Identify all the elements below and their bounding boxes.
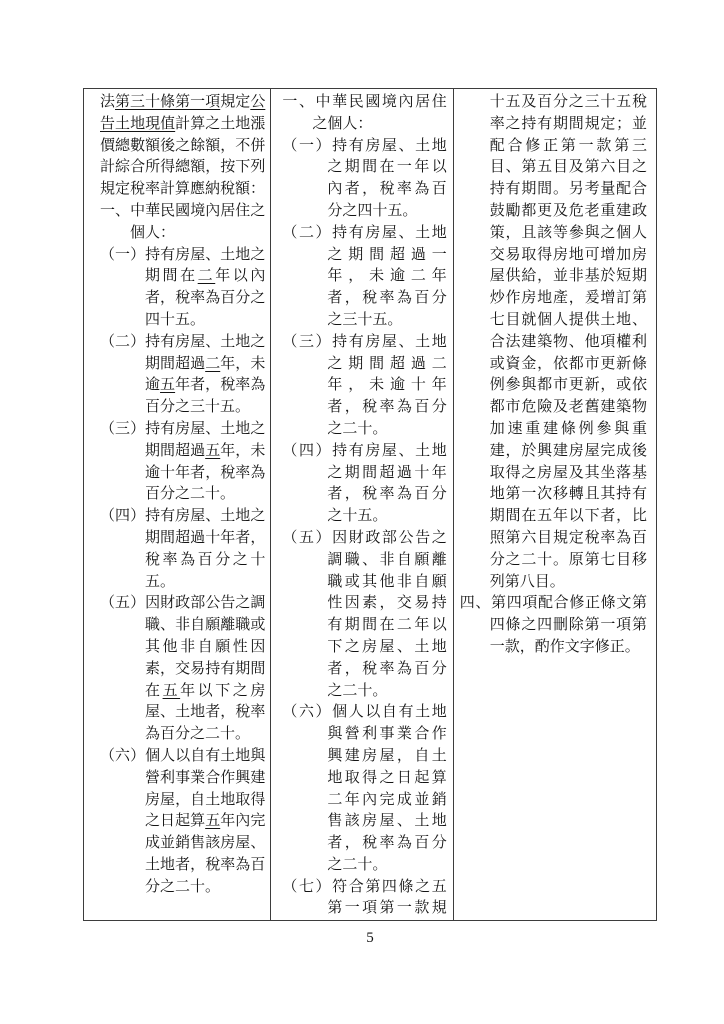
table-column-middle: 一、中華民國境內居住之個人：（一）持有房屋、土地之期間在一年以內者，稅率為百分之… bbox=[270, 89, 452, 920]
item-marker: （二） bbox=[100, 334, 145, 350]
item-marker: 一、 bbox=[282, 94, 315, 110]
item-text: 十五及百分之三十五稅率之持有期間規定；並配合修正第一款第三目、第五目及第六目之持… bbox=[490, 94, 647, 590]
list-item: （二）持有房屋、土地之期間超過一年，未逾二年者，稅率為百分之三十五。 bbox=[282, 223, 446, 332]
item-marker: （五） bbox=[282, 530, 332, 546]
item-marker: （六） bbox=[282, 704, 332, 720]
item-text: 因財政部公告之調職、非自願離職或其他非自願性因素，交易持有期間在二年以下之房屋、… bbox=[327, 530, 446, 699]
item-marker: 一、 bbox=[100, 203, 130, 219]
item-marker: （三） bbox=[282, 334, 332, 350]
item-marker: （三） bbox=[100, 421, 145, 437]
list-item: （四）持有房屋、土地之期間超過十年者，稅率為百分之十五。 bbox=[282, 441, 446, 528]
item-marker: 四、 bbox=[460, 595, 491, 611]
page-number: 5 bbox=[83, 930, 657, 947]
list-item: （四）持有房屋、土地之期間超過十年者，稅率為百分之十五。 bbox=[100, 506, 265, 593]
item-text: 中華民國境內居住之個人： bbox=[312, 94, 446, 132]
item-marker: （四） bbox=[282, 443, 332, 459]
item-text: 持有房屋、土地之期間超過十年者，稅率為百分之十五。 bbox=[145, 508, 265, 589]
item-text: 持有房屋、土地之期間超過五年，未逾十年者，稅率為百分之二十。 bbox=[145, 421, 265, 502]
item-marker: （四） bbox=[100, 508, 145, 524]
item-text: 持有房屋、土地之期間超過二年，未逾五年者，稅率為百分之三十五。 bbox=[145, 334, 265, 415]
list-item: 一、中華民國境內居住之個人： bbox=[282, 92, 446, 136]
list-item: （五）因財政部公告之調職、非自願離職或其他非自願性因素，交易持有期間在二年以下之… bbox=[282, 528, 446, 702]
item-text: 持有房屋、土地之期間超過二年，未逾十年者，稅率為百分之二十。 bbox=[327, 334, 446, 437]
list-item: （一）持有房屋、土地之期間在一年以內者，稅率為百分之四十五。 bbox=[282, 136, 446, 223]
item-marker: （六） bbox=[100, 748, 145, 764]
item-marker: （一） bbox=[282, 138, 332, 154]
item-text: 中華民國境內居住之個人： bbox=[130, 203, 265, 241]
item-text: 持有房屋、土地之期間在二年以內者，稅率為百分之四十五。 bbox=[145, 247, 265, 328]
item-marker: （七） bbox=[282, 879, 332, 895]
item-text: 持有房屋、土地之期間超過一年，未逾二年者，稅率為百分之三十五。 bbox=[327, 225, 446, 328]
item-marker: （一） bbox=[100, 247, 145, 263]
item-text: 符合第四條之五第一項第一款規定之自住房屋、土地，按本項規定計算之餘額超過四 bbox=[327, 879, 446, 920]
table-column-left: 法第三十條第一項規定公告土地現值計算之土地漲價總數額後之餘額，不併計綜合所得總額… bbox=[84, 89, 270, 920]
item-marker: （二） bbox=[282, 225, 332, 241]
list-item: （六）個人以自有土地與營利事業合作興建房屋，自土地取得之日起算二年內完成並銷售該… bbox=[282, 702, 446, 876]
list-item: （七）符合第四條之五第一項第一款規定之自住房屋、土地，按本項規定計算之餘額超過四 bbox=[282, 877, 446, 920]
item-text: 持有房屋、土地之期間超過十年者，稅率為百分之十五。 bbox=[327, 443, 446, 524]
item-text: 法第三十條第一項規定公告土地現值計算之土地漲價總數額後之餘額，不併計綜合所得總額… bbox=[100, 94, 265, 197]
paragraph: 法第三十條第一項規定公告土地現值計算之土地漲價總數額後之餘額，不併計綜合所得總額… bbox=[100, 92, 265, 201]
item-text: 第四項配合修正條文第四條之四刪除第一項第一款，酌作文字修正。 bbox=[490, 595, 647, 655]
list-item: （二）持有房屋、土地之期間超過二年，未逾五年者，稅率為百分之三十五。 bbox=[100, 332, 265, 419]
item-text: 因財政部公告之調職、非自願離職或其他非自願性因素，交易持有期間在五年以下之房屋、… bbox=[145, 595, 265, 742]
table-column-right: 十五及百分之三十五稅率之持有期間規定；並配合修正第一款第三目、第五目及第六目之持… bbox=[453, 89, 656, 920]
item-text: 個人以自有土地與營利事業合作興建房屋，自土地取得之日起算五年內完成並銷售該房屋、… bbox=[145, 748, 265, 895]
list-item: （三）持有房屋、土地之期間超過二年，未逾十年者，稅率為百分之二十。 bbox=[282, 332, 446, 441]
list-item: （五）因財政部公告之調職、非自願離職或其他非自願性因素，交易持有期間在五年以下之… bbox=[100, 593, 265, 746]
list-item: 一、中華民國境內居住之個人： bbox=[100, 201, 265, 245]
list-item: （一）持有房屋、土地之期間在二年以內者，稅率為百分之四十五。 bbox=[100, 245, 265, 332]
item-text: 持有房屋、土地之期間在一年以內者，稅率為百分之四十五。 bbox=[327, 138, 446, 219]
list-item: 四、第四項配合修正條文第四條之四刪除第一項第一款，酌作文字修正。 bbox=[460, 593, 647, 658]
comparison-table: 法第三十條第一項規定公告土地現值計算之土地漲價總數額後之餘額，不併計綜合所得總額… bbox=[83, 88, 657, 921]
item-text: 個人以自有土地與營利事業合作興建房屋，自土地取得之日起算二年內完成並銷售該房屋、… bbox=[327, 704, 446, 873]
item-marker: （五） bbox=[100, 595, 145, 611]
list-item: （三）持有房屋、土地之期間超過五年，未逾十年者，稅率為百分之二十。 bbox=[100, 419, 265, 506]
list-item: （六）個人以自有土地與營利事業合作興建房屋，自土地取得之日起算五年內完成並銷售該… bbox=[100, 746, 265, 899]
paragraph: 十五及百分之三十五稅率之持有期間規定；並配合修正第一款第三目、第五目及第六目之持… bbox=[460, 92, 647, 593]
